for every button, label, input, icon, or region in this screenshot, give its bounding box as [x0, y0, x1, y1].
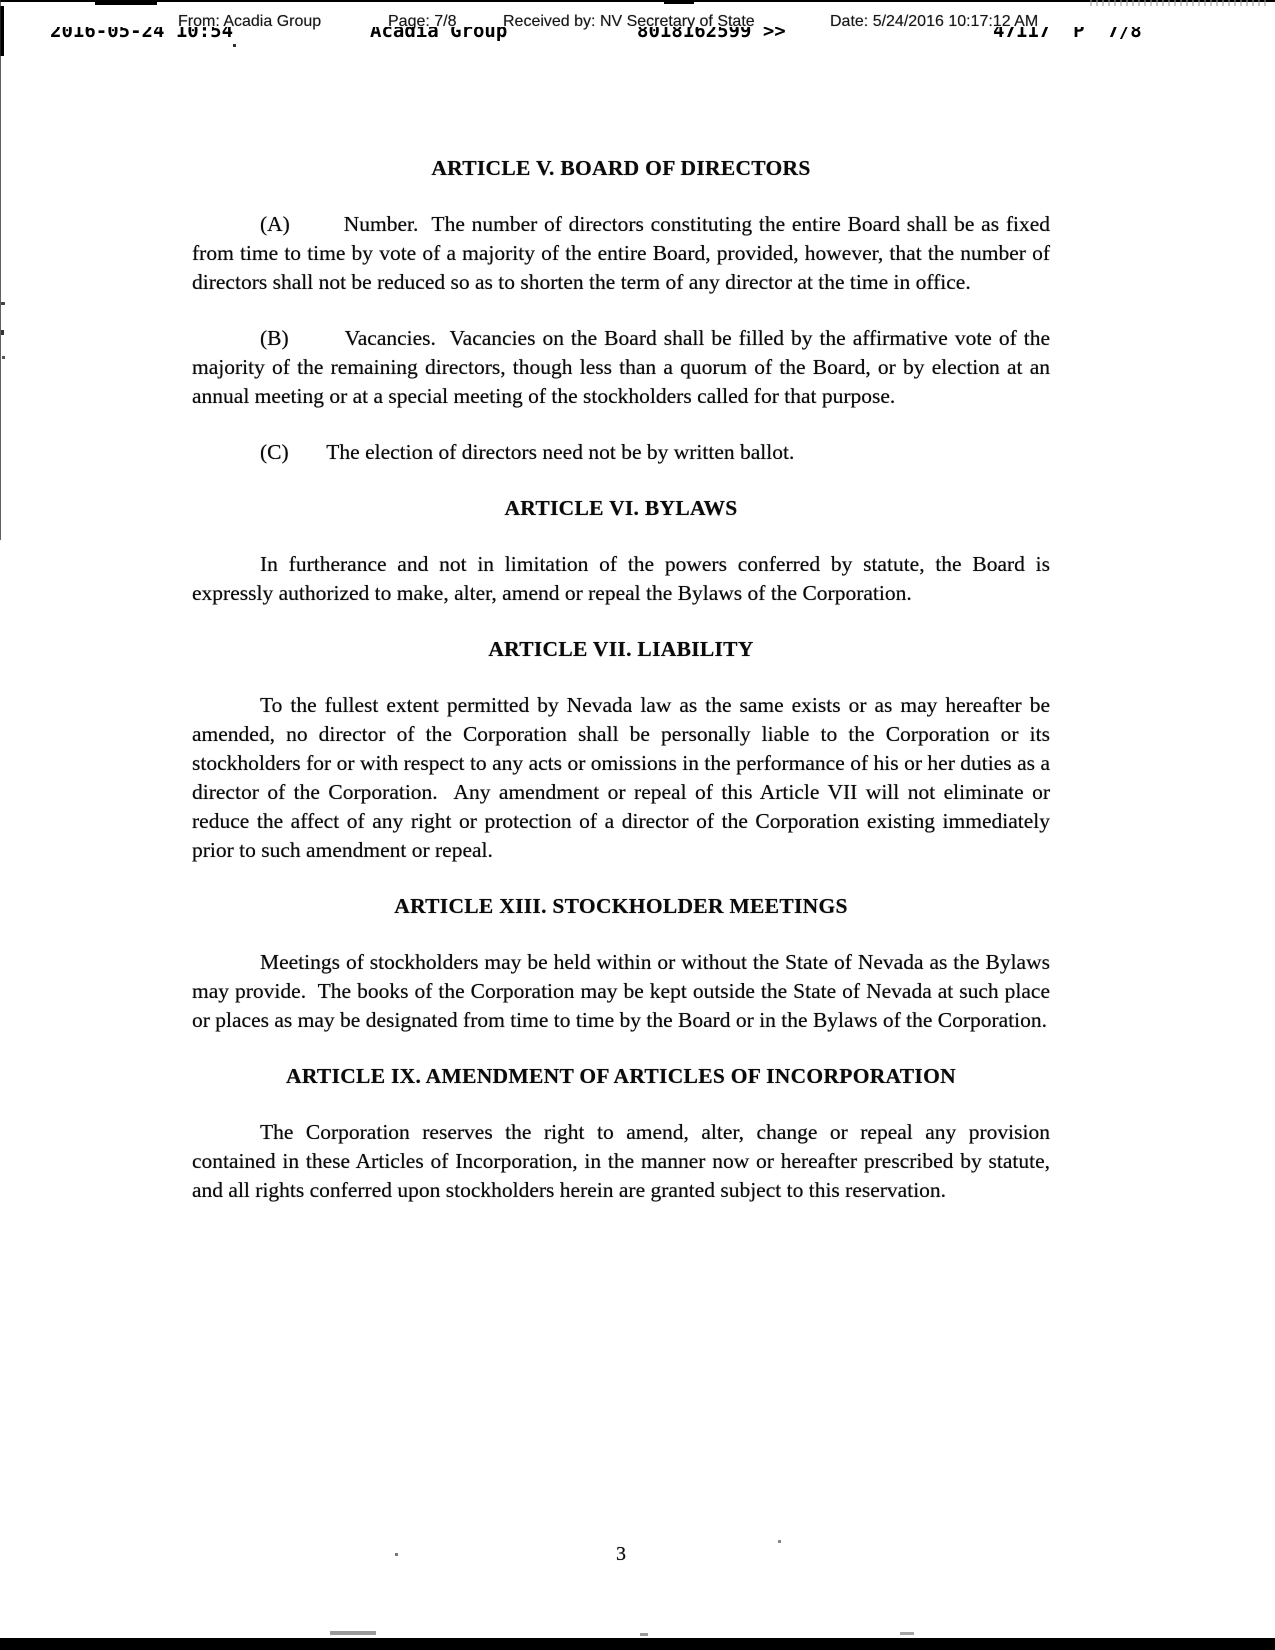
section-article-vi: ARTICLE VI. BYLAWS In furtherance and no… — [192, 494, 1050, 608]
article-v-heading: ARTICLE V. BOARD OF DIRECTORS — [192, 154, 1050, 183]
section-article-xiii: ARTICLE XIII. STOCKHOLDER MEETINGS Meeti… — [192, 892, 1050, 1035]
section-article-vii: ARTICLE VII. LIABILITY To the fullest ex… — [192, 635, 1050, 865]
scan-left-edge-line — [0, 0, 1, 540]
article-ix-paragraph: The Corporation reserves the right to am… — [192, 1118, 1050, 1205]
section-article-v: ARTICLE V. BOARD OF DIRECTORS (A) Number… — [192, 154, 1050, 467]
fax-line-sender-text: Acadia Group — [370, 27, 507, 42]
fax-line-number-text: 8018162599 >> — [637, 27, 786, 42]
article-ix-heading: ARTICLE IX. AMENDMENT OF ARTICLES OF INC… — [192, 1062, 1050, 1091]
article-xiii-paragraph: Meetings of stockholders may be held wit… — [192, 948, 1050, 1035]
scan-top-edge-mark — [95, 0, 157, 5]
scan-noise-dot — [640, 1633, 648, 1636]
scan-noise-dot — [330, 1631, 376, 1635]
page-number: 3 — [192, 1543, 1050, 1566]
scan-noise-dot — [1, 330, 4, 335]
fax-line-datetime: 2016-05-24 10:54 — [50, 27, 233, 45]
scan-noise-dot — [1, 302, 5, 305]
article-xiii-heading: ARTICLE XIII. STOCKHOLDER MEETINGS — [192, 892, 1050, 921]
article-vii-paragraph: To the fullest extent permitted by Nevad… — [192, 691, 1050, 865]
fax-line-job: 47117 P 7/8 — [993, 27, 1142, 45]
fax-line-job-text: 47117 P 7/8 — [993, 27, 1142, 42]
article-v-paragraph-b: (B) Vacancies. Vacancies on the Board sh… — [192, 324, 1050, 411]
article-v-paragraph-a: (A) Number. The number of directors cons… — [192, 210, 1050, 297]
fax-line-sender: Acadia Group — [370, 27, 507, 45]
fax-line-number: 8018162599 >> — [637, 27, 786, 45]
scan-top-edge-line — [0, 0, 1275, 2]
article-v-paragraph-c: (C) The election of directors need not b… — [192, 438, 1050, 467]
scan-bottom-edge-bar — [0, 1638, 1275, 1650]
scan-noise-dot — [233, 44, 236, 47]
article-vi-heading: ARTICLE VI. BYLAWS — [192, 494, 1050, 523]
scan-noise-dot — [2, 356, 5, 359]
fax-line-datetime-text: 2016-05-24 10:54 — [50, 27, 233, 42]
scanned-fax-page: From: Acadia Group Page: 7/8 Received by… — [0, 0, 1275, 1650]
scan-speckle-strip — [1090, 0, 1270, 6]
scan-top-edge-blob — [664, 0, 694, 4]
section-article-ix: ARTICLE IX. AMENDMENT OF ARTICLES OF INC… — [192, 1062, 1050, 1205]
document-body: ARTICLE V. BOARD OF DIRECTORS (A) Number… — [192, 154, 1050, 1232]
article-vi-paragraph: In furtherance and not in limitation of … — [192, 550, 1050, 608]
scan-noise-dot — [900, 1632, 914, 1635]
article-vii-heading: ARTICLE VII. LIABILITY — [192, 635, 1050, 664]
